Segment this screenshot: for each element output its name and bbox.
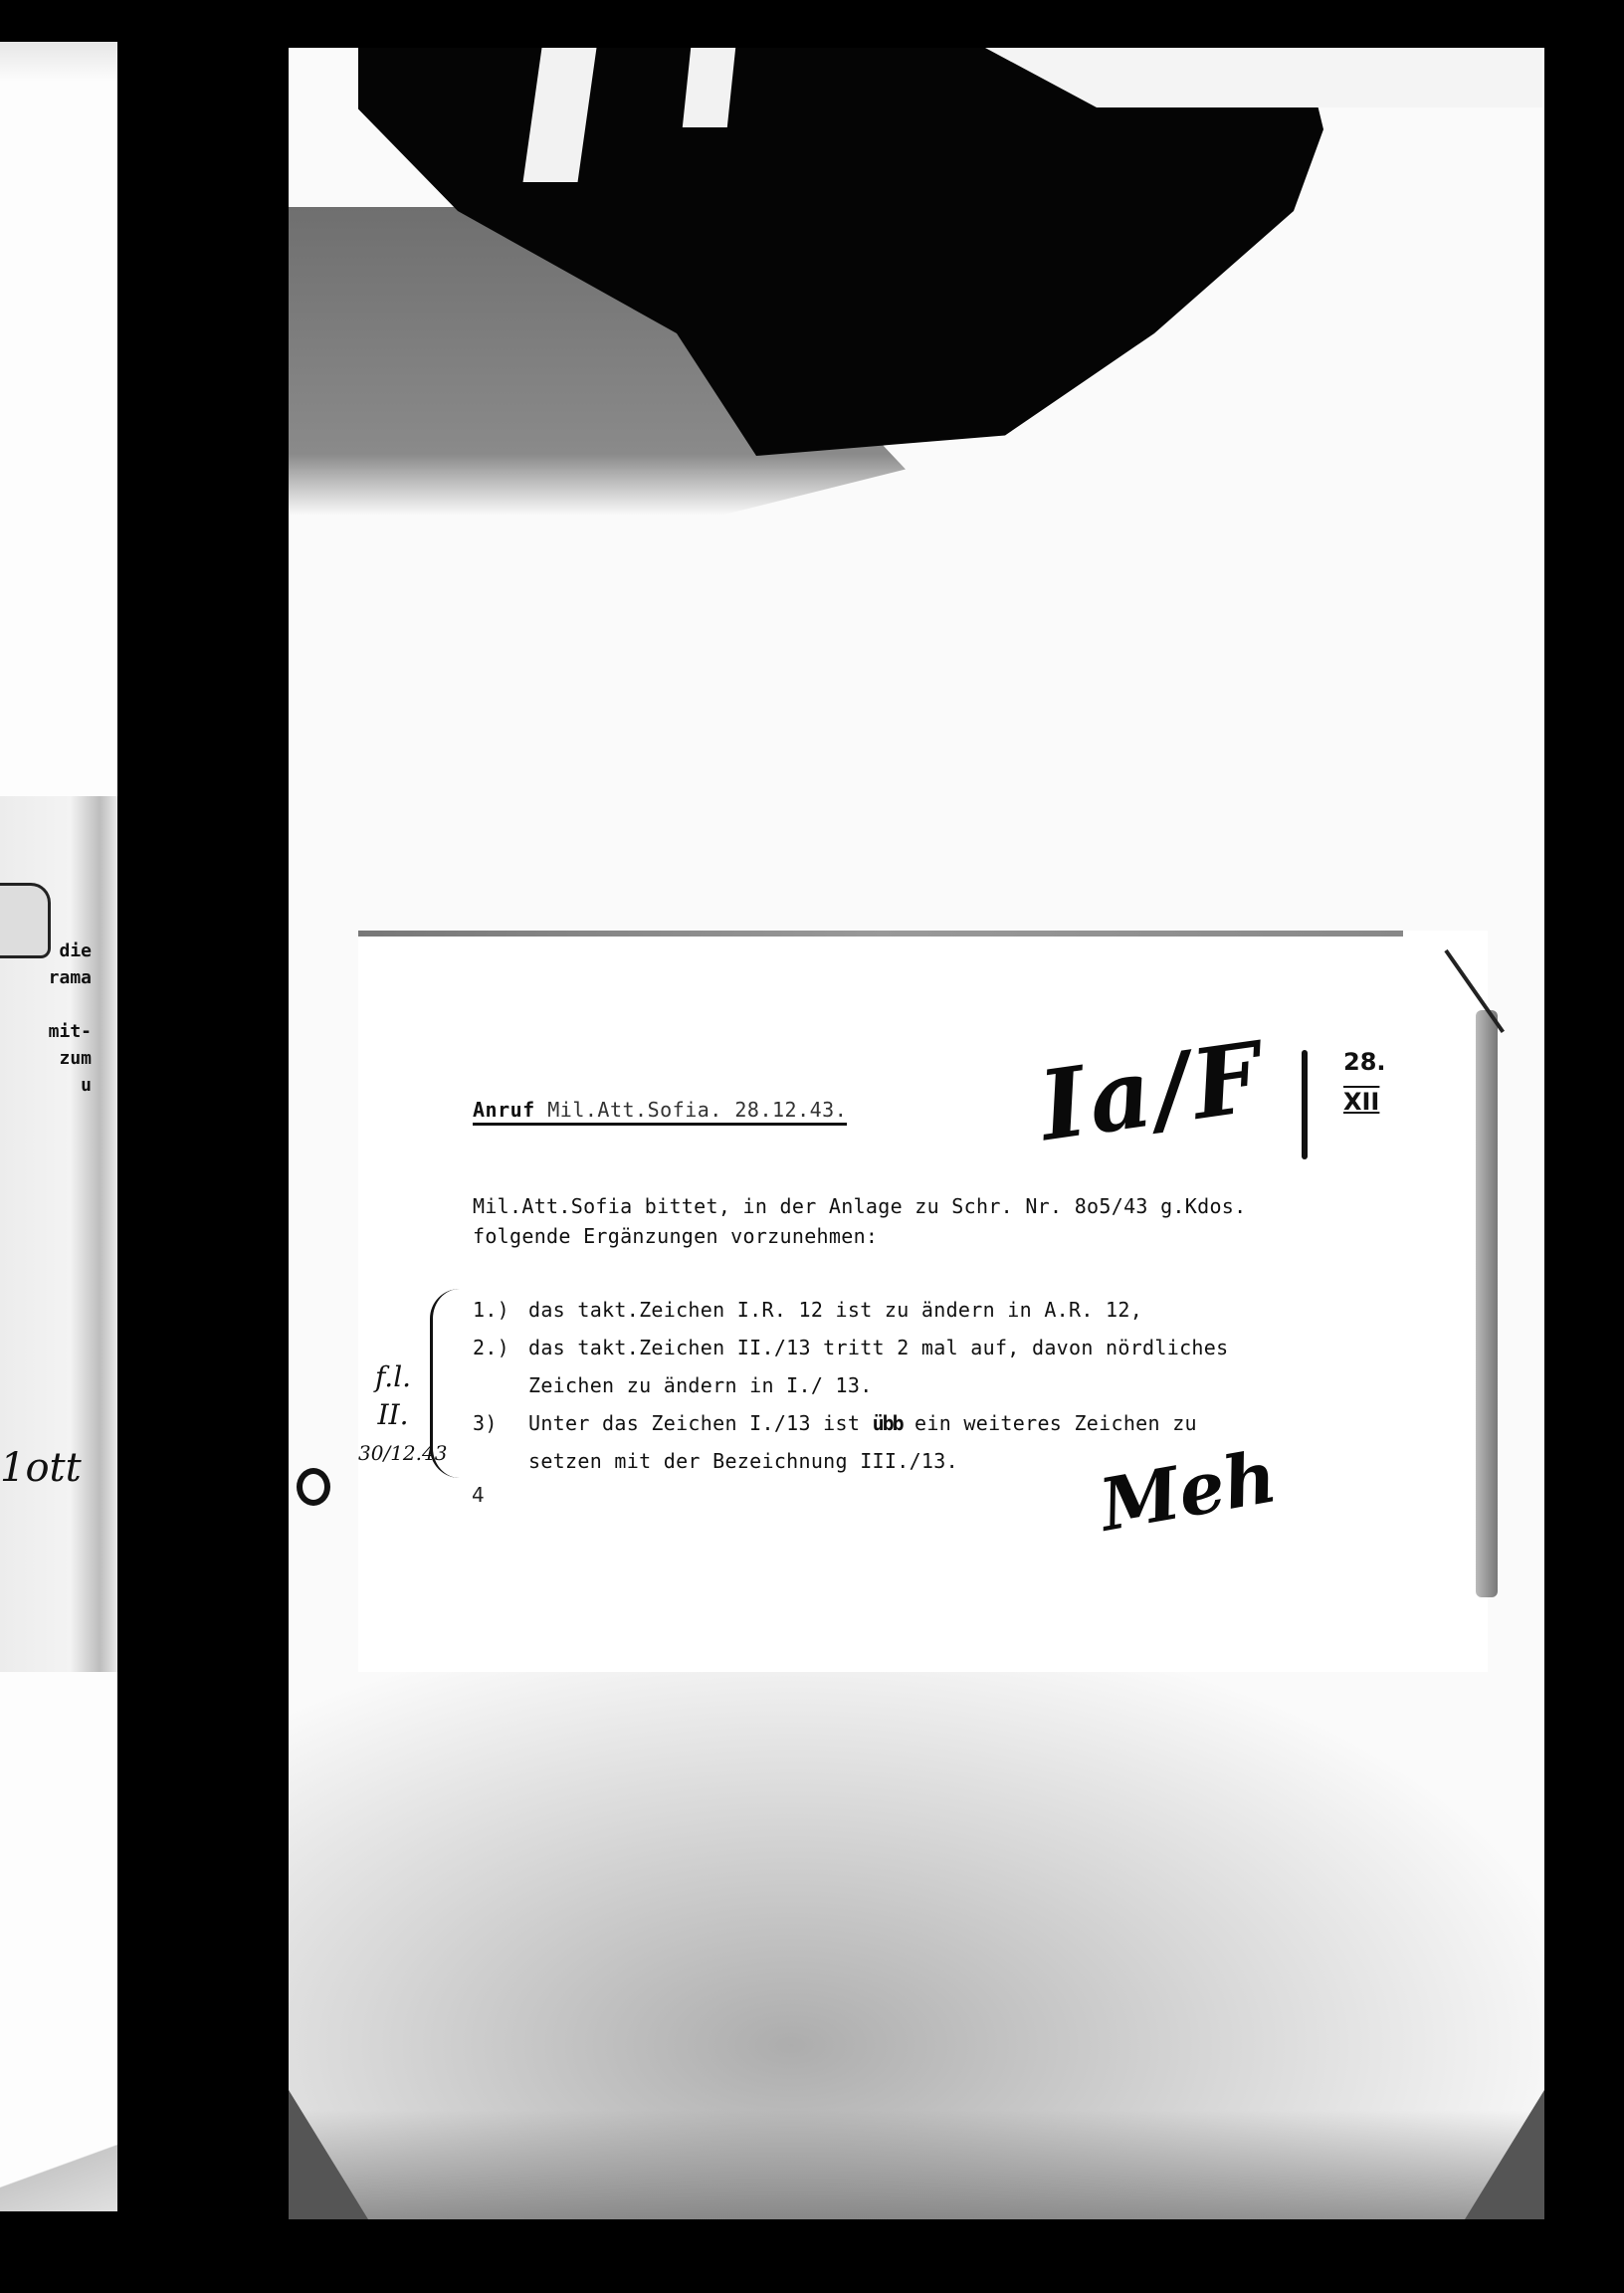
text-fragment: die — [0, 938, 92, 964]
photo-corner-left — [289, 2090, 368, 2219]
list-item: 2.) das takt.Zeichen II./13 tritt 2 mal … — [473, 1329, 1228, 1366]
scan-shadow — [289, 48, 1544, 516]
text-fragment: zum — [0, 1045, 92, 1072]
amendment-list: 1.) das takt.Zeichen I.R. 12 ist zu ände… — [473, 1291, 1228, 1480]
photo-corner — [0, 2132, 117, 2211]
heading-subject: Mil.Att.Sofia. 28.12.43. — [547, 1098, 847, 1122]
page-number: 4 — [472, 1483, 485, 1507]
intro-line: Mil.Att.Sofia bittet, in der Anlage zu S… — [473, 1191, 1246, 1221]
typed-note: Anruf Mil.Att.Sofia. 28.12.43. Ia/F 28. … — [358, 931, 1488, 1672]
intro-paragraph: Mil.Att.Sofia bittet, in der Anlage zu S… — [473, 1191, 1246, 1251]
text-fragment: rama — [0, 964, 92, 991]
adjacent-page-text: die rama mit- zum u — [0, 938, 92, 1099]
text-fragment: mit- — [0, 1018, 92, 1045]
adjacent-handwriting: 1ott — [0, 1445, 82, 1491]
note-edge — [1476, 1010, 1498, 1597]
page-shading — [289, 2110, 1544, 2219]
heading-label: Anruf — [473, 1098, 535, 1122]
list-item-continuation: Zeichen zu ändern in I./ 13. — [473, 1366, 1228, 1404]
punch-hole — [297, 1468, 330, 1506]
handwritten-date: 28. XII — [1343, 1042, 1386, 1122]
text-fragment: u — [0, 1072, 92, 1099]
initial-stroke — [1302, 1050, 1308, 1159]
adjacent-page-strip: die rama mit- zum u 1ott — [0, 42, 117, 2211]
list-item: 3) Unter das Zeichen I./13 ist übb ein w… — [473, 1404, 1228, 1442]
intro-line: folgende Ergänzungen vorzunehmen: — [473, 1221, 1246, 1251]
photo-corner-right — [1465, 2090, 1544, 2219]
note-edge — [358, 931, 1403, 937]
struck-text: übb — [873, 1411, 903, 1435]
margin-annotation: f.l. II. 30/12.43 — [358, 1358, 428, 1472]
handwritten-office-mark: Ia/F — [1033, 1020, 1272, 1162]
text-fragment — [0, 991, 92, 1018]
note-heading: Anruf Mil.Att.Sofia. 28.12.43. — [473, 1098, 847, 1126]
list-item: 1.) das takt.Zeichen I.R. 12 ist zu ände… — [473, 1291, 1228, 1329]
page-shading — [0, 42, 117, 82]
